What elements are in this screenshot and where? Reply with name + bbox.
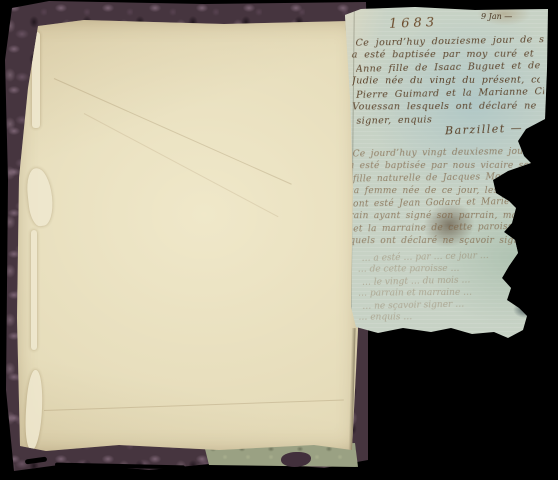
- corner-annotation: 9 Jan —: [481, 12, 512, 21]
- binding-tape-repair: [23, 370, 45, 451]
- baptism-entry-2: Ce jourd’huy vingt deuxiesme jour de oct…: [350, 146, 545, 247]
- handwriting-line: rain ayant signé son parrain, maistre Bo…: [349, 209, 543, 222]
- manuscript-leaf-1683: 1683 9 Jan — Ce jourd’huy douziesme jour…: [345, 7, 549, 355]
- handwriting-line: quels ont déclaré ne sçavoir signé, enqu…: [349, 234, 543, 247]
- ink-bleed-through-text: … a esté … par … ce jour … … de cette pa…: [359, 250, 532, 324]
- binding-tape-repair: [25, 167, 55, 227]
- handwriting-line: … enquis …: [358, 310, 530, 324]
- priest-signature: Barzillet —: [445, 122, 524, 138]
- page-crease: [54, 78, 292, 185]
- handwriting-line: a esté baptisée par nous vicaire soussig…: [349, 159, 543, 172]
- handwriting-line: et la marraine de cette paroisse é Marie…: [353, 220, 547, 236]
- handwriting-line: Ce jourd’huy vingt deuxiesme jour de oct…: [353, 145, 547, 161]
- handwriting-line: sa femme née de ce jour, les parrain et …: [349, 184, 543, 197]
- page-crease: [44, 400, 344, 411]
- handwriting-line: fille naturelle de Jacques Moreau et de …: [353, 170, 547, 186]
- binding-tape-repair: [31, 230, 37, 350]
- blank-flyleaf-page: [14, 18, 360, 454]
- handwriting-line: ont esté Jean Godard et Marie des vignes…: [353, 195, 547, 211]
- scanned-register-page: 1683 9 Jan — Ce jourd’huy douziesme jour…: [0, 0, 558, 480]
- year-heading: 1683: [389, 15, 439, 32]
- baptism-entry-1: Ce jourd’huy douziesme jour de septembre…: [353, 34, 542, 127]
